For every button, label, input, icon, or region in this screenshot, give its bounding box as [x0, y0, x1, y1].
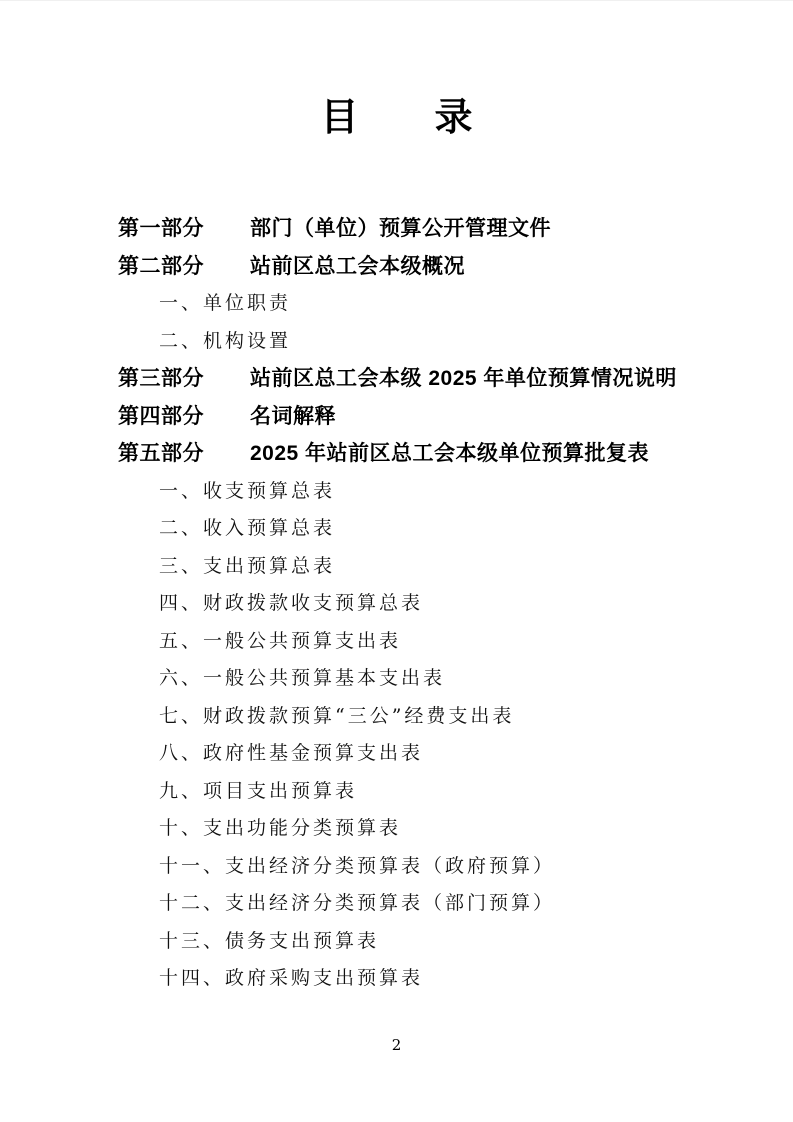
toc-subitem-table-13: 十三、债务支出预算表 [0, 923, 793, 961]
toc-part-1: 第一部分部门（单位）预算公开管理文件 [0, 210, 793, 248]
toc-part-1-title: 部门（单位）预算公开管理文件 [250, 217, 551, 240]
toc-part-3-label: 第三部分 [118, 360, 250, 398]
toc-part-4-title: 名词解释 [250, 405, 336, 428]
toc-subitem-table-5: 五、一般公共预算支出表 [0, 623, 793, 661]
toc-subitem-table-1: 一、收支预算总表 [0, 473, 793, 511]
toc-subitem-unit-duties: 一、单位职责 [0, 285, 793, 323]
toc-part-3: 第三部分站前区总工会本级 2025 年单位预算情况说明 [0, 360, 793, 398]
toc-subitem-org-structure: 二、机构设置 [0, 323, 793, 361]
toc-subitem-table-2: 二、收入预算总表 [0, 510, 793, 548]
toc-part-2-label: 第二部分 [118, 248, 250, 286]
toc-part-1-label: 第一部分 [118, 210, 250, 248]
toc-subitem-table-8: 八、政府性基金预算支出表 [0, 735, 793, 773]
toc-part-4: 第四部分名词解释 [0, 398, 793, 436]
toc-subitem-table-14: 十四、政府采购支出预算表 [0, 960, 793, 998]
toc-subitem-table-7: 七、财政拨款预算“三公”经费支出表 [0, 698, 793, 736]
toc-subitem-table-9: 九、项目支出预算表 [0, 773, 793, 811]
toc-subitem-table-4: 四、财政拨款收支预算总表 [0, 585, 793, 623]
toc-subitem-table-6: 六、一般公共预算基本支出表 [0, 660, 793, 698]
document-page: 目 录 第一部分部门（单位）预算公开管理文件 第二部分站前区总工会本级概况 一、… [0, 0, 793, 1122]
toc-part-2-title: 站前区总工会本级概况 [250, 255, 465, 278]
table-of-contents: 第一部分部门（单位）预算公开管理文件 第二部分站前区总工会本级概况 一、单位职责… [0, 210, 793, 998]
toc-part-5-label: 第五部分 [118, 435, 250, 473]
toc-part-4-label: 第四部分 [118, 398, 250, 436]
toc-part-2: 第二部分站前区总工会本级概况 [0, 248, 793, 286]
page-number: 2 [0, 1036, 793, 1054]
toc-subitem-table-10: 十、支出功能分类预算表 [0, 810, 793, 848]
toc-part-5: 第五部分2025 年站前区总工会本级单位预算批复表 [0, 435, 793, 473]
toc-part-3-title: 站前区总工会本级 2025 年单位预算情况说明 [250, 367, 677, 390]
toc-part-5-title: 2025 年站前区总工会本级单位预算批复表 [250, 442, 649, 465]
toc-subitem-table-11: 十一、支出经济分类预算表（政府预算） [0, 848, 793, 886]
toc-subitem-table-3: 三、支出预算总表 [0, 548, 793, 586]
toc-subitem-table-12: 十二、支出经济分类预算表（部门预算） [0, 885, 793, 923]
page-title: 目 录 [0, 94, 793, 140]
